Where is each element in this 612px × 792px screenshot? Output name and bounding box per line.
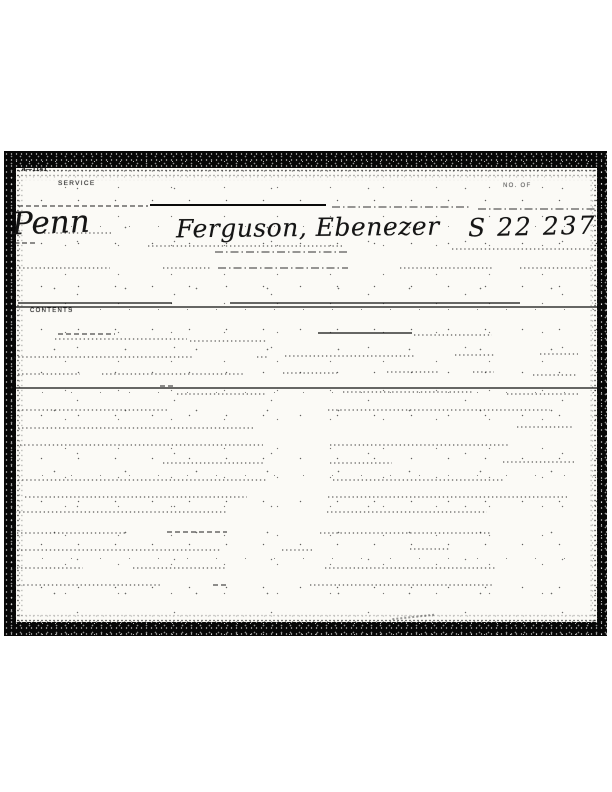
handwritten-state: Penn [11,207,90,241]
contents-label: CONTENTS [30,308,73,314]
scanned-page: 4—1141 SERVICE NO. OF CONTENTS Penn Ferg… [0,0,612,792]
handwritten-name: Ferguson, Ebenezer [176,214,440,242]
form-number-mark: 4—1141 [22,167,47,173]
service-label: SERVICE [58,181,96,188]
scan-noise-top [16,168,597,181]
handwritten-file-number: S 22 237 [468,213,597,241]
file-number-label: NO. OF [503,183,531,189]
scan-noise-bottom [16,613,597,622]
